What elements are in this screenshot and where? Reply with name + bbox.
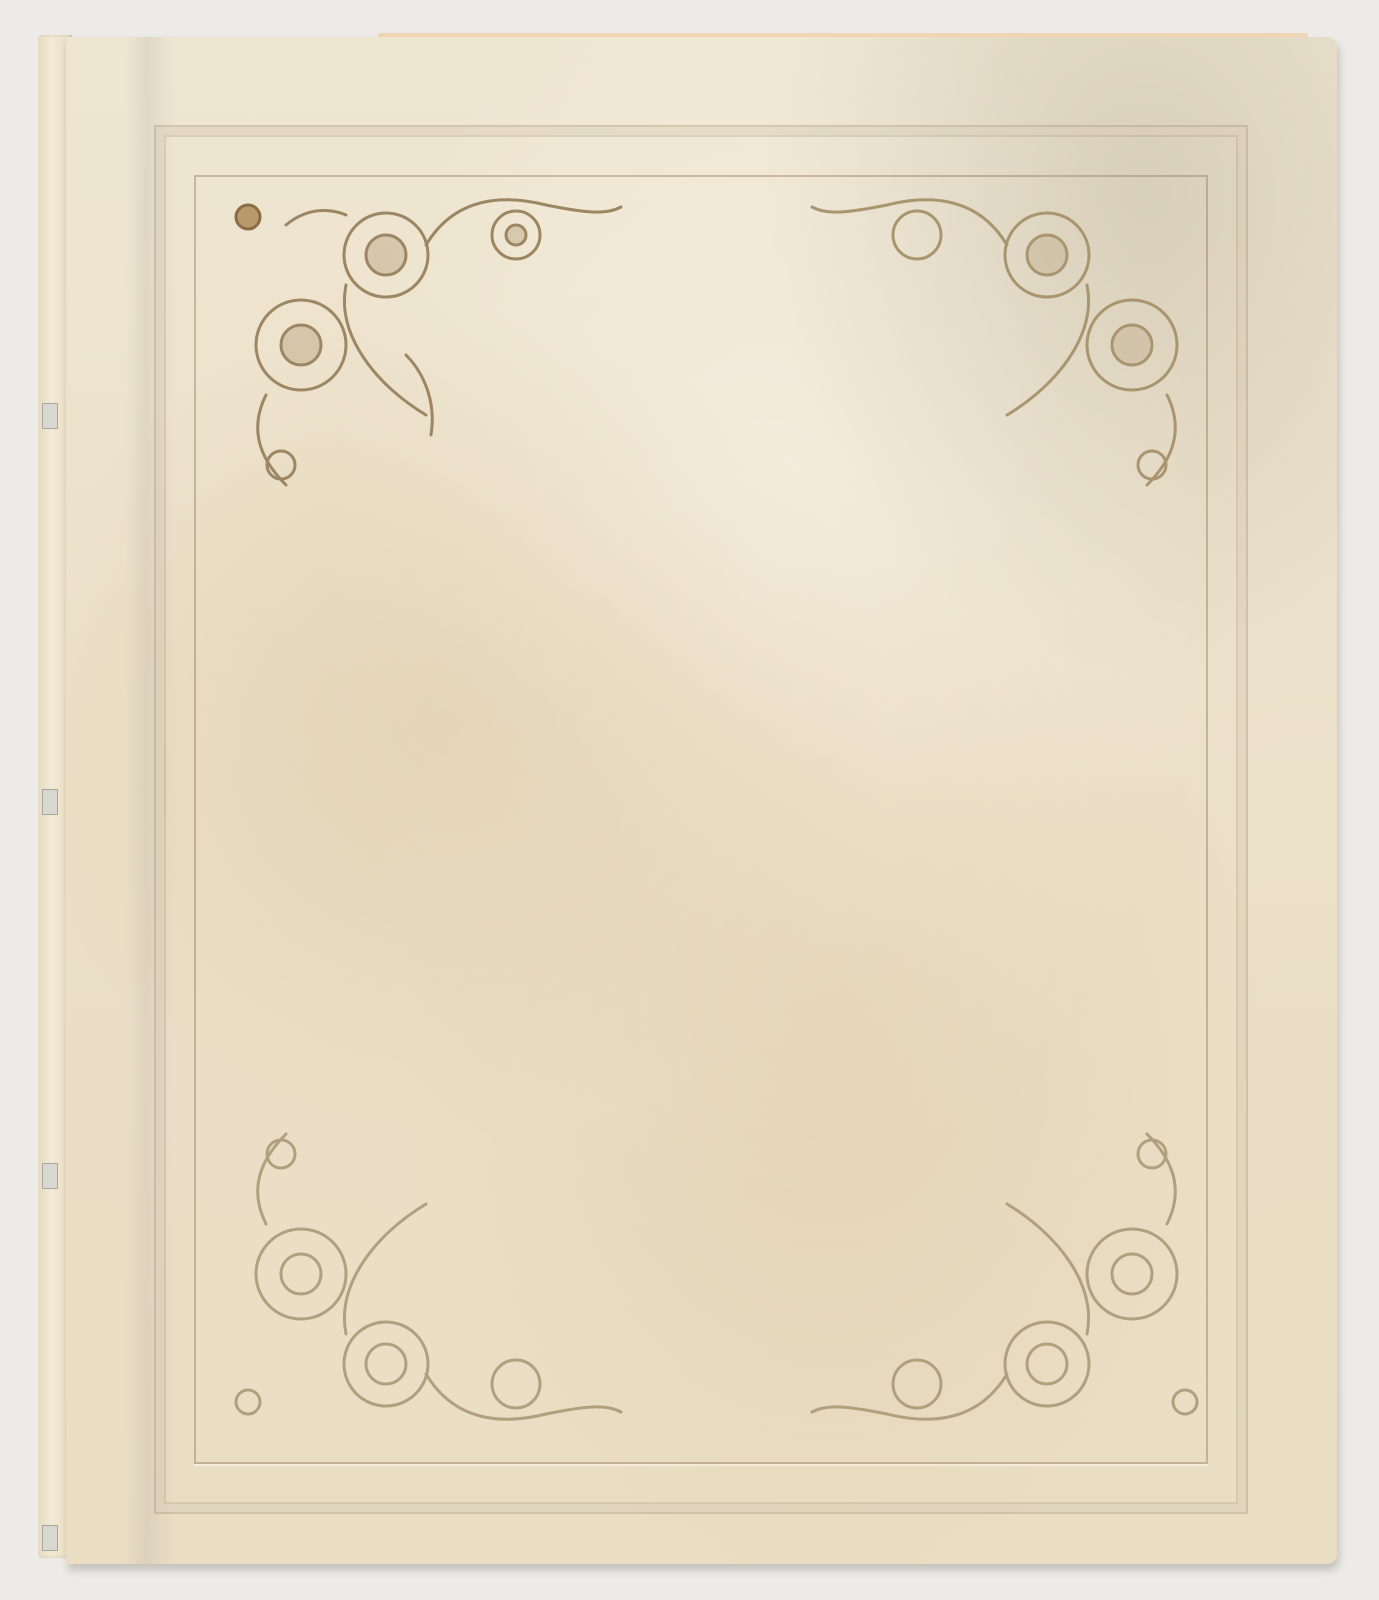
book: [38, 33, 1340, 1566]
front-cover: [66, 37, 1337, 1564]
corner-ornament-top-left: [226, 195, 646, 495]
corner-ornament-top-right: [787, 195, 1207, 495]
binding-tie: [42, 1525, 58, 1551]
corner-ornament-bottom-right: [787, 1124, 1207, 1424]
binding-tie: [42, 403, 58, 429]
corner-ornament-bottom-left: [226, 1124, 646, 1424]
binding-tie: [42, 789, 58, 815]
binding-tie: [42, 1163, 58, 1189]
